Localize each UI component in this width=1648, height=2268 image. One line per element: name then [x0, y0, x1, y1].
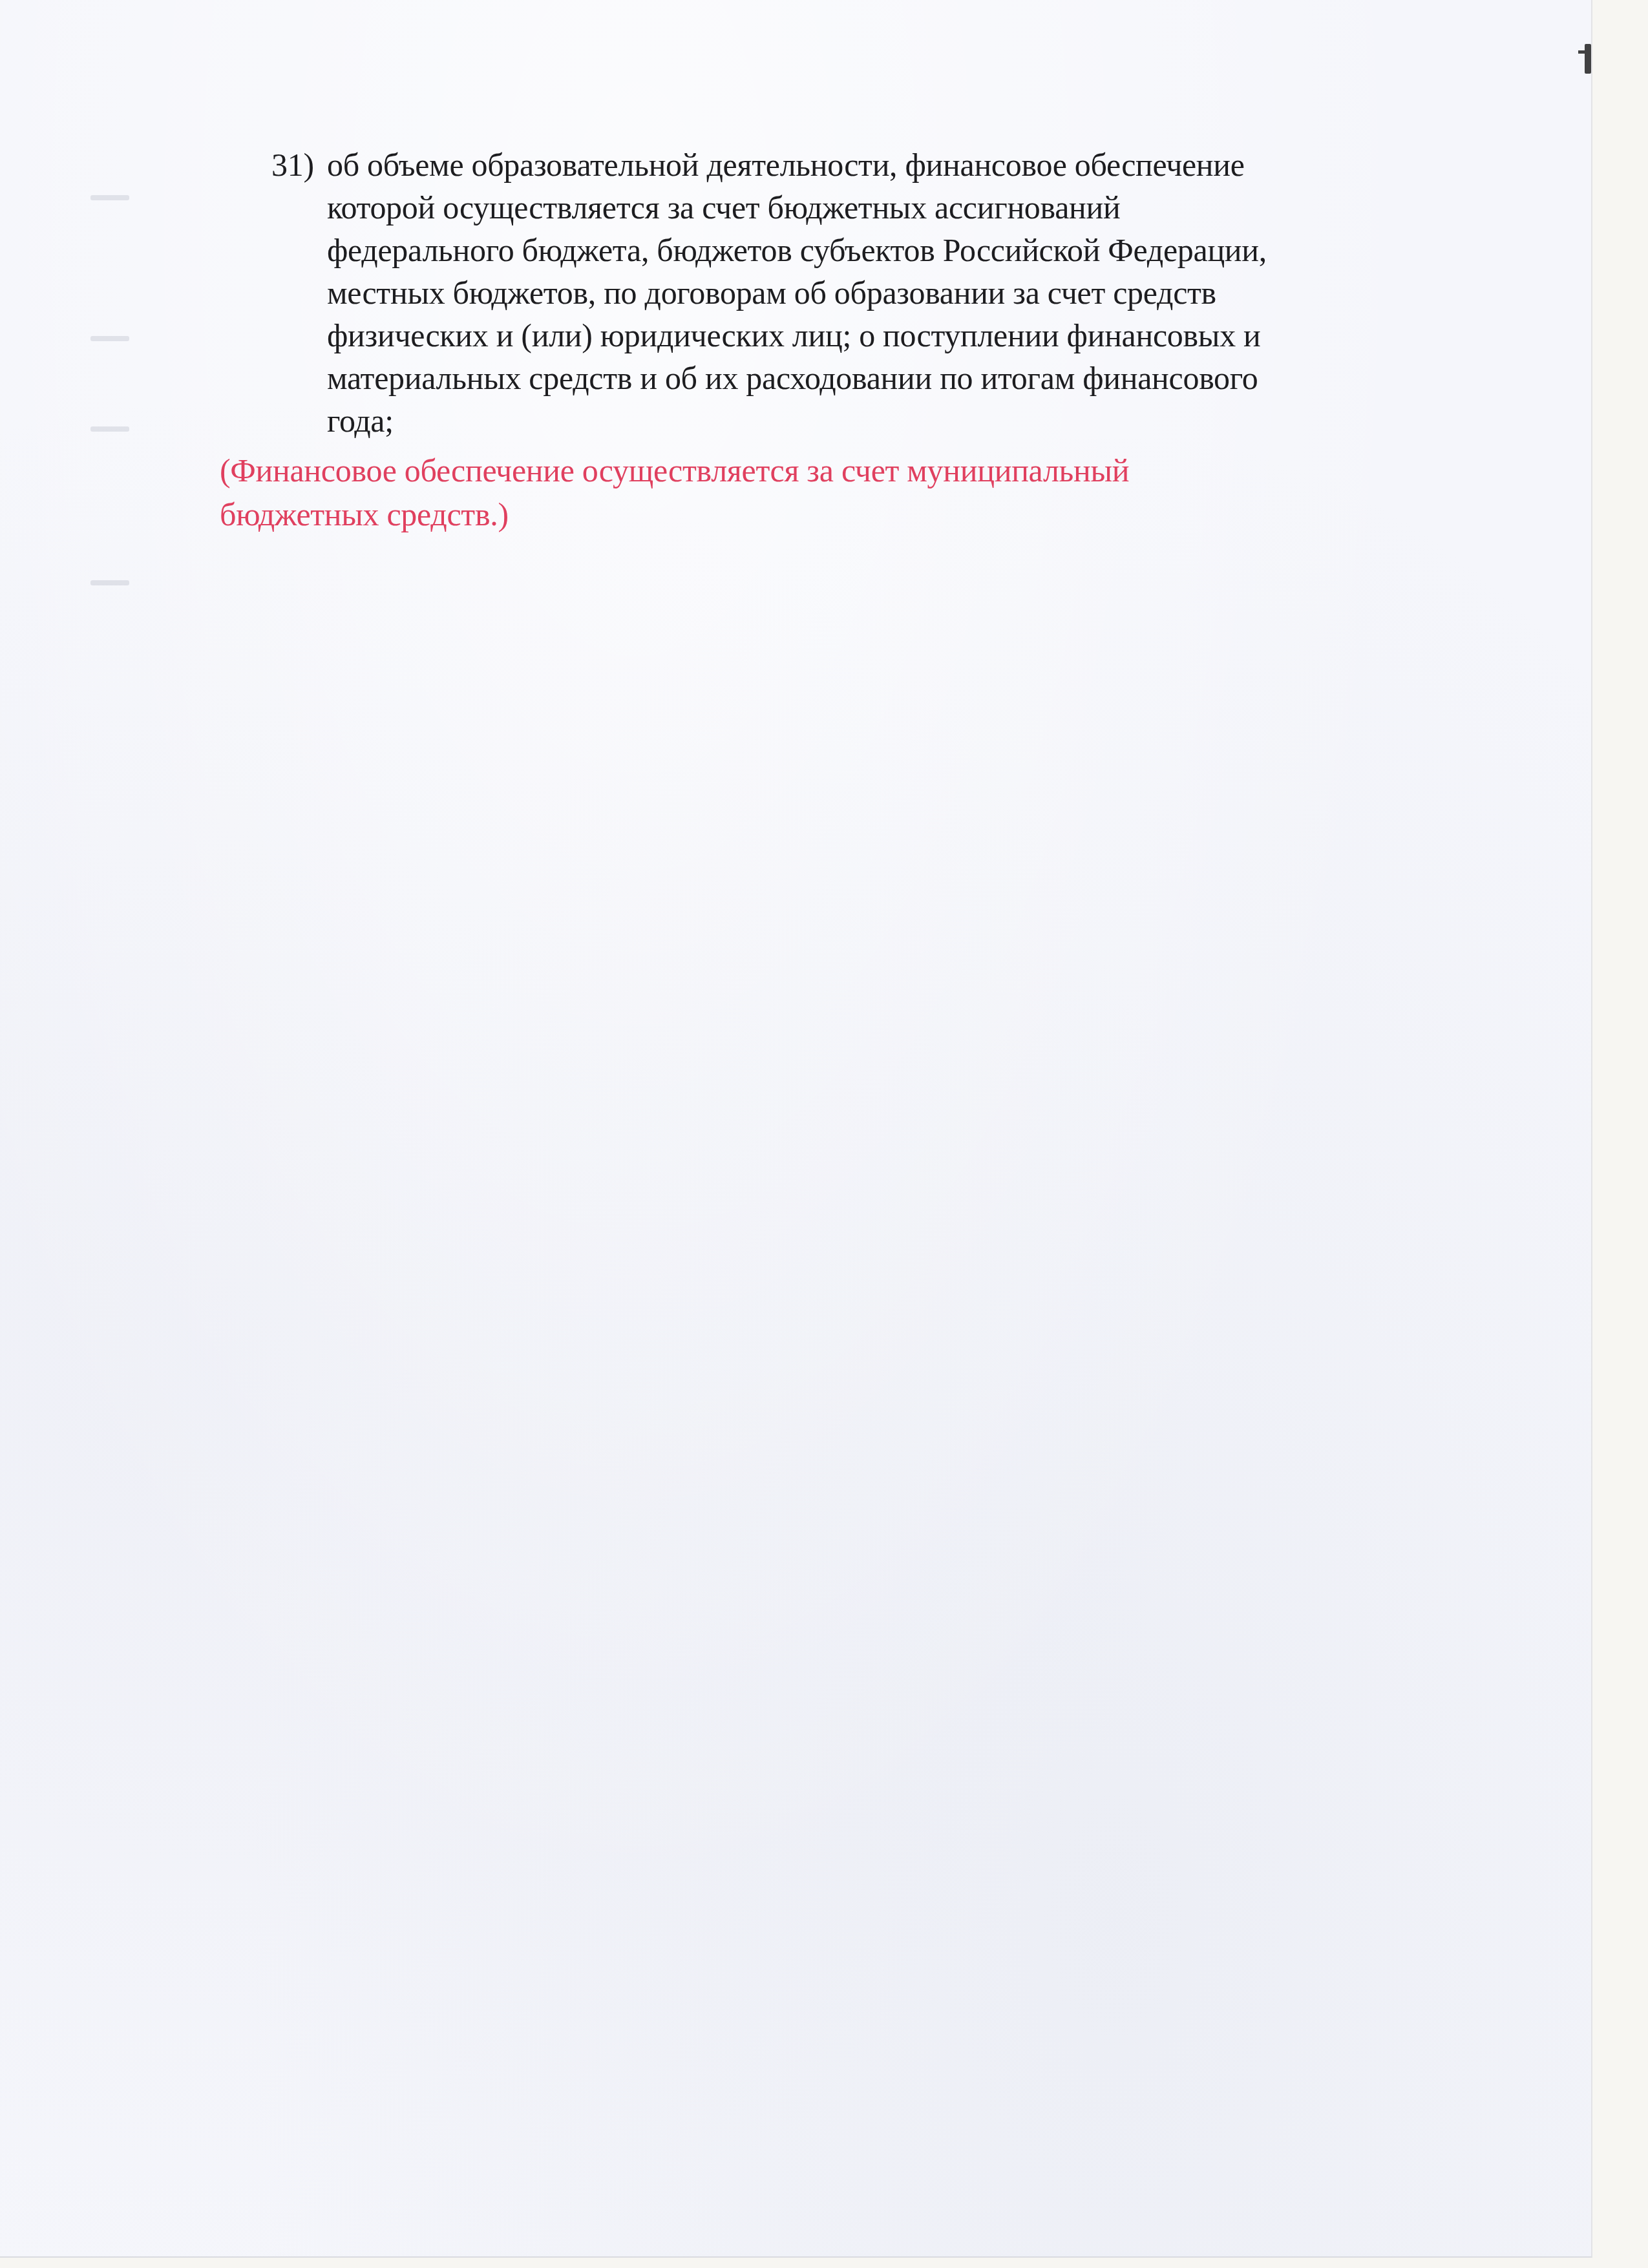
margin-bleed-mark [90, 426, 129, 432]
list-item-line: года; [327, 399, 1461, 442]
list-item-line: об объеме образовательной деятельности, … [327, 143, 1461, 186]
list-item-body: об объеме образовательной деятельности, … [327, 143, 1461, 442]
list-item-line: федерального бюджета, бюджетов субъектов… [327, 229, 1461, 271]
list-item-number: 31) [271, 143, 327, 442]
list-item-31: 31) об объеме образовательной деятельнос… [271, 143, 1461, 442]
margin-bleed-mark [90, 195, 129, 200]
annotation-line: бюджетных средств.) [220, 492, 1357, 536]
list-item-line: физических и (или) юридических лиц; о по… [327, 314, 1461, 357]
list-item-line: материальных средств и об их расходовани… [327, 357, 1461, 399]
margin-bleed-mark [90, 336, 129, 341]
margin-bleed-mark [90, 580, 129, 585]
list-item-line: местных бюджетов, по договорам об образо… [327, 271, 1461, 314]
scan-edge-mark [1585, 44, 1591, 74]
annotation-line: (Финансовое обеспечение осуществляется з… [220, 448, 1357, 492]
list-item-line: которой осуществляется за счет бюджетных… [327, 186, 1461, 229]
scanned-page: 31) об объеме образовательной деятельнос… [0, 0, 1592, 2258]
red-annotation: (Финансовое обеспечение осуществляется з… [220, 448, 1357, 536]
